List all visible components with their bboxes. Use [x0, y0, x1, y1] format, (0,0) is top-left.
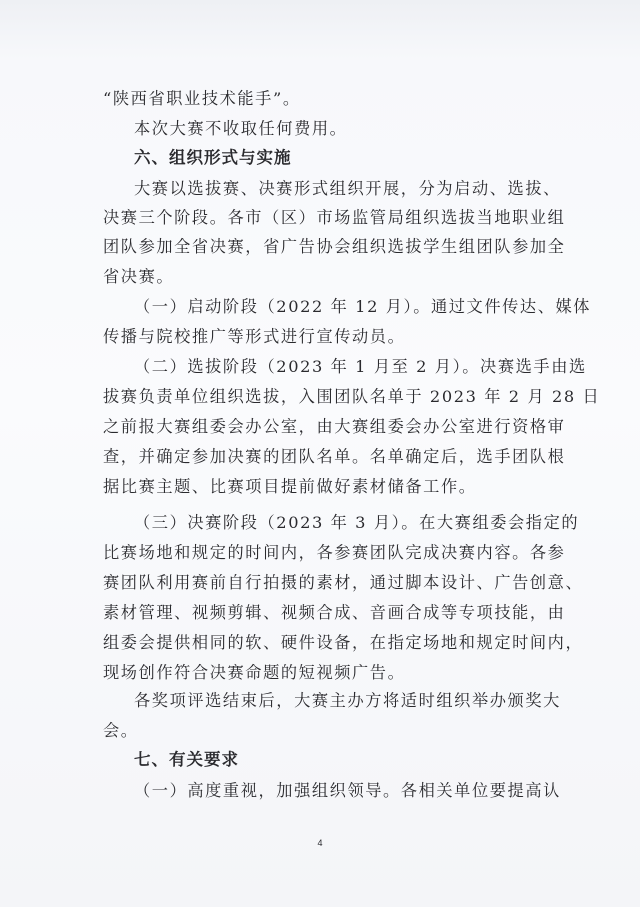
text-line: 之前报大赛组委会办公室，由大赛组委会办公室进行资格审: [103, 416, 543, 438]
text-line: 省决赛。: [103, 266, 543, 288]
text-line: “陕西省职业技术能手”。: [103, 88, 543, 110]
text-line: 素材管理、视频剪辑、视频合成、音画合成等专项技能，由: [103, 602, 543, 624]
paragraph-start: （一）高度重视，加强组织领导。各相关单位要提高认: [134, 780, 574, 802]
text-line: 传播与院校推广等形式进行宣传动员。: [103, 326, 543, 348]
paragraph-start: （三）决赛阶段（2023 年 3 月）。在大赛组委会指定的: [134, 512, 574, 534]
paragraph-start: （二）选拔阶段（2023 年 1 月至 2 月）。决赛选手由选: [134, 356, 574, 378]
text-line: 赛团队利用赛前自行拍摄的素材，通过脚本设计、广告创意、: [103, 572, 543, 594]
text-line: 现场创作符合决赛命题的短视频广告。: [103, 662, 543, 684]
text-line: 比赛场地和规定的时间内，各参赛团队完成决赛内容。各参: [103, 542, 543, 564]
paragraph-start: （一）启动阶段（2022 年 12 月）。通过文件传达、媒体: [134, 296, 574, 318]
paragraph-start: 大赛以选拔赛、决赛形式组织开展，分为启动、选拔、: [134, 178, 574, 200]
text-line: 决赛三个阶段。各市（区）市场监管局组织选拔当地职业组: [103, 207, 543, 229]
text-line: 拔赛负责单位组织选拔，入围团队名单于 2023 年 2 月 28 日: [103, 386, 543, 408]
section-heading-6: 六、组织形式与实施: [134, 147, 574, 169]
text-line: 据比赛主题、比赛项目提前做好素材储备工作。: [103, 476, 543, 498]
text-line: 团队参加全省决赛，省广告协会组织选拔学生组团队参加全: [103, 236, 543, 258]
page-number: 4: [0, 838, 640, 848]
text-line: 查，并确定参加决赛的团队名单。名单确定后，选手团队根: [103, 446, 543, 468]
paragraph-start: 本次大赛不收取任何费用。: [134, 118, 574, 140]
section-heading-7: 七、有关要求: [134, 749, 574, 771]
document-page: “陕西省职业技术能手”。 本次大赛不收取任何费用。 六、组织形式与实施 大赛以选…: [0, 0, 640, 907]
text-line: 组委会提供相同的软、硬件设备，在指定场地和规定时间内，: [103, 632, 543, 654]
text-line: 会。: [103, 720, 543, 742]
paragraph-start: 各奖项评选结束后，大赛主办方将适时组织举办颁奖大: [134, 690, 574, 712]
